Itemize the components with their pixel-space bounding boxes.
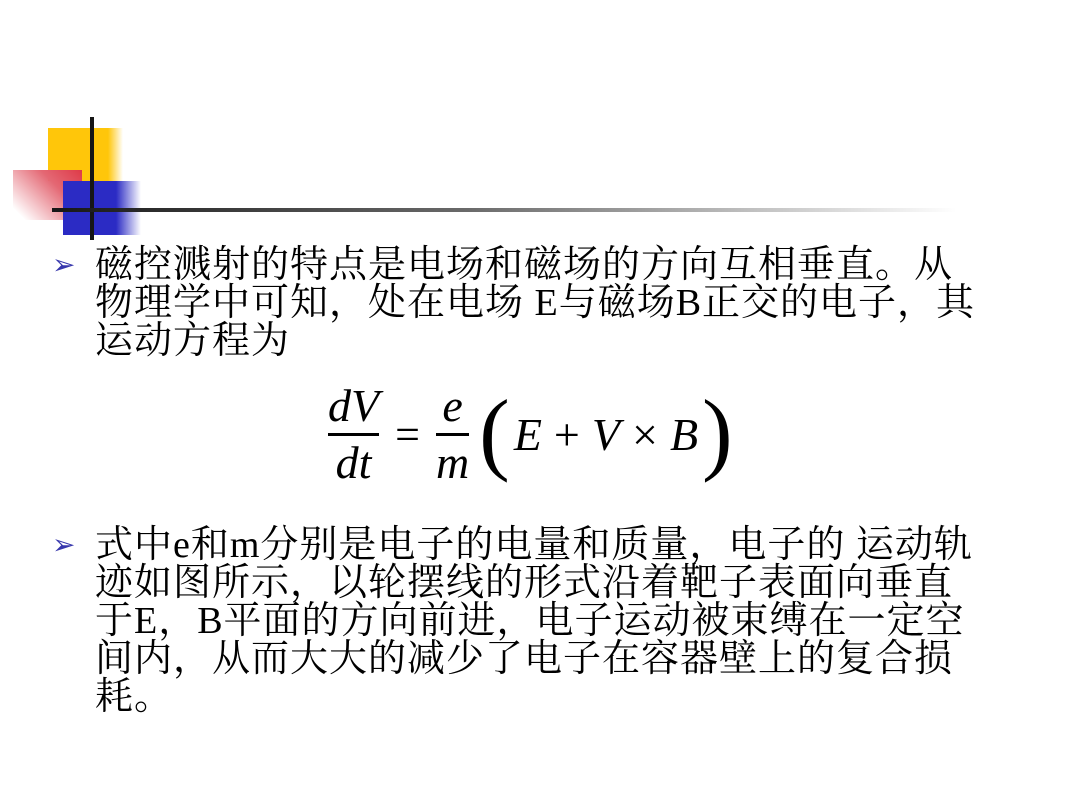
term-V: V	[592, 408, 620, 461]
plus-operator: +	[554, 408, 580, 461]
bullet-text-line: 磁控溅射的特点是电场和磁场的方向互相垂直。从	[95, 246, 1042, 284]
bullet-text-line: 式中e和m分别是电子的电量和质量，电子的 运动轨	[95, 526, 1042, 564]
term-B: B	[670, 408, 698, 461]
lhs-denominator: dt	[336, 439, 372, 487]
bullet-1-lines: 磁控溅射的特点是电场和磁场的方向互相垂直。从 物理学中可知，处在电场 E与磁场B…	[95, 246, 1042, 360]
bullet-text-line: 运动方程为	[95, 322, 1042, 360]
rhs-fraction: e m	[436, 382, 469, 488]
decor-horizontal-divider-line	[52, 208, 975, 212]
lhs-fraction: dV dt	[328, 382, 379, 488]
vector-expression: E + V × B	[514, 408, 698, 461]
lhs-numerator: dV	[328, 382, 379, 430]
fraction-bar	[328, 433, 379, 436]
term-E: E	[514, 408, 542, 461]
bullet-paragraph-1: ➢ 磁控溅射的特点是电场和磁场的方向互相垂直。从 物理学中可知，处在电场 E与磁…	[52, 246, 1042, 360]
bullet-arrow-icon: ➢	[52, 528, 75, 562]
bullet-text-line: 间内，从而大大的减少了电子在容器壁上的复合损	[95, 640, 1042, 678]
fraction-bar	[436, 433, 469, 436]
close-paren: )	[702, 391, 733, 474]
bullet-text-line: 迹如图所示，以轮摆线的形式沿着靶子表面向垂直	[95, 564, 1042, 602]
motion-equation: dV dt = e m ( E + V × B )	[328, 382, 733, 488]
bullet-paragraph-2: ➢ 式中e和m分别是电子的电量和质量，电子的 运动轨 迹如图所示，以轮摆线的形式…	[52, 526, 1042, 716]
rhs-numerator: e	[442, 382, 462, 430]
cross-product-operator: ×	[632, 408, 658, 461]
slide: ➢ 磁控溅射的特点是电场和磁场的方向互相垂直。从 物理学中可知，处在电场 E与磁…	[0, 0, 1080, 810]
rhs-denominator: m	[436, 439, 469, 487]
bullet-arrow-icon: ➢	[52, 248, 75, 282]
bullet-text-line: 耗。	[95, 678, 1042, 716]
equals-sign: =	[395, 409, 420, 460]
decor-vertical-line	[90, 117, 94, 240]
open-paren: (	[479, 391, 510, 474]
bullet-2-lines: 式中e和m分别是电子的电量和质量，电子的 运动轨 迹如图所示，以轮摆线的形式沿着…	[95, 526, 1042, 716]
bullet-text-line: 物理学中可知，处在电场 E与磁场B正交的电子，其	[95, 284, 1042, 322]
bullet-text-line: 于E，B平面的方向前进，电子运动被束缚在一定空	[95, 602, 1042, 640]
